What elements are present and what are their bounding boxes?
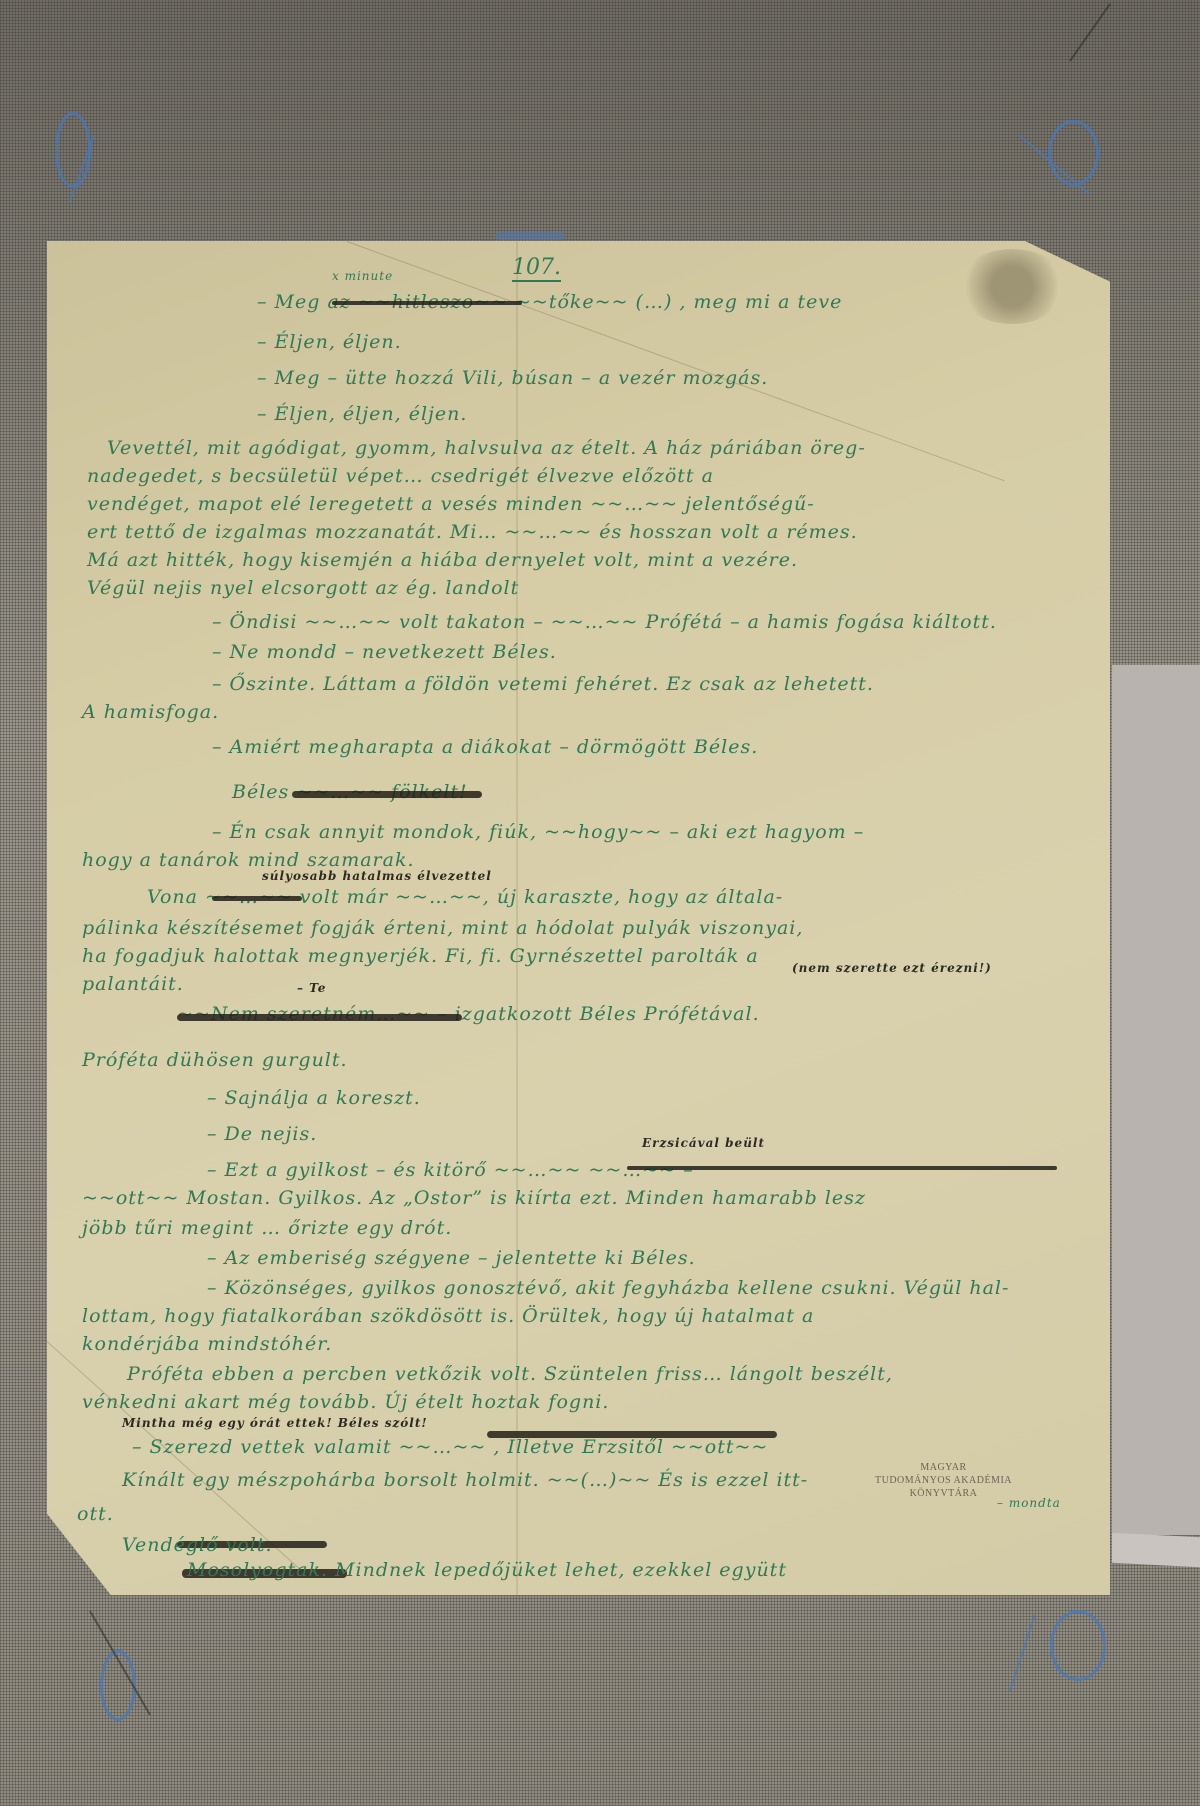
ink-smudge [957, 249, 1067, 324]
manuscript-line: Mintha még egy órát ettek! Béles szólt! [122, 1416, 428, 1430]
strikethrough [292, 791, 482, 798]
manuscript-line: nadegedet, s becsületül vépet… csedrigét… [87, 465, 714, 487]
manuscript-line: Vendéglő volt. [122, 1534, 273, 1556]
manuscript-line: – Én csak annyit mondok, fiúk, ~~hogy~~ … [212, 821, 864, 843]
manuscript-line: Erzsicával beült [642, 1136, 765, 1150]
strikethrough [627, 1166, 1057, 1170]
manuscript-line: – Szerezd vettek valamit ~~…~~ , Illetve… [132, 1436, 768, 1458]
manuscript-line: súlyosabb hatalmas élvezettel [262, 869, 492, 883]
manuscript-line: (nem szerette ezt érezni!) [792, 961, 992, 975]
stamp-line: MAGYAR [875, 1461, 1012, 1474]
manuscript-line: Kínált egy mészpohárba borsolt holmit. ~… [122, 1469, 808, 1491]
manuscript-line: Próféta dühösen gurgult. [82, 1049, 348, 1071]
strikethrough [487, 1431, 777, 1438]
manuscript-line: – Őszinte. Láttam a földön vetemi fehére… [212, 673, 874, 695]
manuscript-line: – Éljen, éljen. [257, 331, 402, 353]
library-stamp: MAGYAR TUDOMÁNYOS AKADÉMIA KÖNYVTÁRA [875, 1461, 1012, 1500]
blue-pencil-mark-top-right [1048, 120, 1099, 186]
manuscript-line: – Közönséges, gyilkos gonosztévő, akit f… [207, 1277, 1009, 1299]
blue-pencil-mark-bottom-right [1050, 1610, 1106, 1681]
manuscript-line: hogy a tanárok mind szamarak. [82, 849, 415, 871]
underlying-sheet [1112, 665, 1200, 1535]
manuscript-line: vénkedni akart még tovább. Új ételt hozt… [82, 1391, 609, 1413]
manuscript-line: Végül nejis nyel elcsorgott az ég. lando… [87, 577, 519, 599]
manuscript-line: kondérjába mindstóhér. [82, 1333, 332, 1355]
underlying-sheet-edge [1112, 1533, 1200, 1568]
manuscript-line: ha fogadjuk halottak megnyerjék. Fi, fi.… [82, 945, 759, 967]
manuscript-line: Próféta ebben a percben vetkőzik volt. S… [127, 1363, 893, 1385]
manuscript-line: x minute [332, 269, 393, 283]
blue-marker-top [495, 232, 565, 240]
manuscript-line: ~~ott~~ Mostan. Gyilkos. Az „Ostor” is k… [82, 1187, 866, 1209]
manuscript-line: ert tettő de izgalmas mozzanatát. Mi… ~~… [87, 521, 858, 543]
manuscript-line: Vevettél, mit agódigat, gyomm, halvsulva… [107, 437, 866, 459]
manuscript-line: – De nejis. [207, 1123, 317, 1145]
stamp-line: KÖNYVTÁRA [875, 1487, 1012, 1500]
strikethrough [212, 896, 302, 901]
stamp-line: TUDOMÁNYOS AKADÉMIA [875, 1474, 1012, 1487]
manuscript-line: – Öndisi ~~…~~ volt takaton – ~~…~~ Próf… [212, 611, 997, 633]
manuscript-line: Mosolyogtak. Mindnek lepedőjüket lehet, … [187, 1559, 787, 1581]
manuscript-line: A hamisfoga. [82, 701, 219, 723]
blue-pencil-mark-top-left [55, 112, 91, 188]
manuscript-line: vendéget, mapot elé leregetett a vesés m… [87, 493, 815, 515]
manuscript-line: – Te [297, 981, 326, 995]
manuscript-line: Má azt hitték, hogy kisemjén a hiába der… [87, 549, 798, 571]
manuscript-line: – Meg – ütte hozzá Vili, búsan – a vezér… [257, 367, 768, 389]
manuscript-line: – Sajnálja a koreszt. [207, 1087, 421, 1109]
manuscript-line: – Amiért megharapta a diákokat – dörmögö… [212, 736, 758, 758]
manuscript-line: – Az emberiség szégyene – jelentette ki … [207, 1247, 696, 1269]
manuscript-line: – Ezt a gyilkost – és kitörő ~~…~~ ~~…~~… [207, 1159, 694, 1181]
manuscript-line: ott. [77, 1503, 114, 1525]
strikethrough [332, 301, 522, 305]
manuscript-line: – Ne mondd – nevetkezett Béles. [212, 641, 557, 663]
strikethrough [177, 1014, 462, 1021]
manuscript-page: 107. x minute – Meg az ~~hitleszo~~ ~~tő… [47, 241, 1110, 1595]
manuscript-line: palantáit. [82, 973, 184, 995]
manuscript-line: pálinka készítésemet fogják érteni, mint… [82, 917, 803, 939]
manuscript-line: – Éljen, éljen, éljen. [257, 403, 467, 425]
manuscript-line: lottam, hogy fiatalkorában szökdösött is… [82, 1305, 814, 1327]
page-number: 107. [512, 255, 561, 282]
manuscript-line: jöbb tűri megint … őrizte egy drót. [82, 1217, 452, 1239]
